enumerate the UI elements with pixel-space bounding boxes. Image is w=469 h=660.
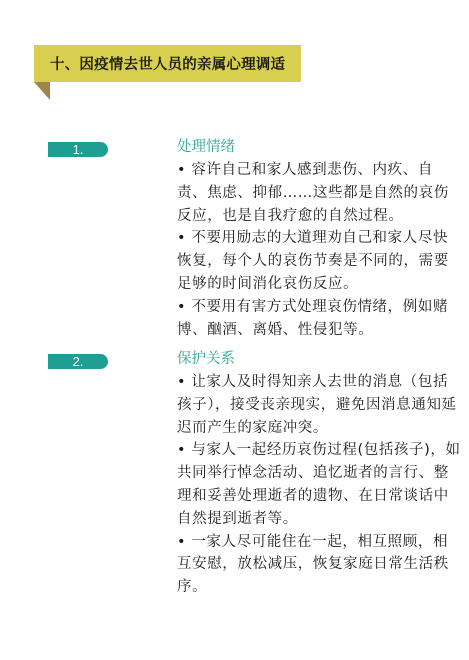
bullet-item: • 一家人尽可能住在一起，相互照顾，相互安慰，放松减压，恢复家庭日常生活秩序。 (177, 531, 462, 599)
bullet-item: • 不要用有害方式处理哀伤情绪，例如赌博、酗酒、离婚、性侵犯等。 (177, 296, 462, 342)
section-handle-emotions: 处理情绪 • 容许自己和家人感到悲伤、内疚、自责、焦虑、抑郁……这些都是自然的哀… (177, 137, 462, 341)
bullet-item: • 不要用励志的大道理劝自己和家人尽快恢复，每个人的哀伤节奏是不同的，需要足够的… (177, 227, 462, 295)
banner-fold-decoration (34, 82, 50, 100)
section-heading: 保护关系 (177, 349, 462, 369)
section-number-badge-1: 1. (48, 142, 108, 157)
section-heading: 处理情绪 (177, 137, 462, 157)
section-number-badge-2: 2. (48, 354, 108, 369)
bullet-item: • 与家人一起经历哀伤过程(包括孩子)，如共同举行悼念活动、追忆逝者的言行、整理… (177, 439, 462, 530)
section-protect-relationships: 保护关系 • 让家人及时得知亲人去世的消息（包括孩子），接受丧亲现实，避免因消息… (177, 349, 462, 599)
bullet-item: • 容许自己和家人感到悲伤、内疚、自责、焦虑、抑郁……这些都是自然的哀伤反应，也… (177, 159, 462, 227)
bullet-item: • 让家人及时得知亲人去世的消息（包括孩子），接受丧亲现实，避免因消息通知延迟而… (177, 371, 462, 439)
page-title: 十、因疫情去世人员的亲属心理调适 (50, 53, 285, 74)
section-banner: 十、因疫情去世人员的亲属心理调适 (34, 45, 301, 82)
